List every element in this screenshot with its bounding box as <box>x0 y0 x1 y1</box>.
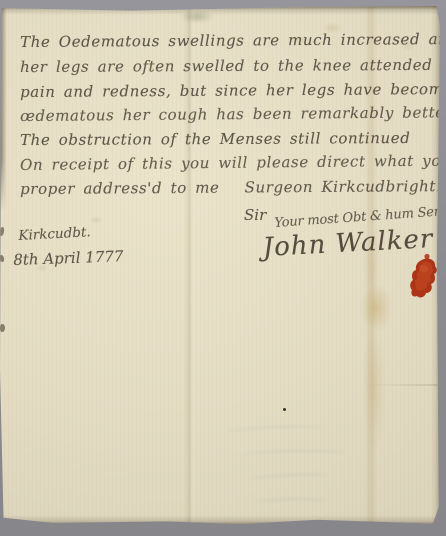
body-line: œdematous her cough has been remarkably … <box>20 103 446 125</box>
ghost-writing <box>256 497 326 507</box>
letter-page: The Oedematous swellings are much increa… <box>0 6 440 525</box>
ghost-writing <box>248 473 332 486</box>
body-line: The obstruction of the Menses still cont… <box>20 129 411 149</box>
closing-salutation: Sir <box>244 206 266 224</box>
body-line: pain and redness, but since her legs hav… <box>20 80 446 101</box>
damp-stain <box>338 236 418 486</box>
ghost-writing <box>238 449 348 461</box>
page-left-edge-shadow <box>0 6 7 211</box>
body-line: The Oedematous swellings are much increa… <box>20 30 446 51</box>
edge-ink-mark <box>0 324 5 332</box>
ink-speck <box>283 408 286 411</box>
wax-seal-icon <box>408 253 439 299</box>
body-line: On receipt of this you will please direc… <box>20 151 446 174</box>
edge-ink-mark <box>0 255 4 262</box>
body-line: proper address'd to me Surgeon Kirkcudbr… <box>20 177 446 198</box>
body-line: her legs are often swelled to the knee a… <box>20 56 446 76</box>
fold-crease-horizontal <box>368 384 440 386</box>
edge-ink-mark <box>0 227 5 237</box>
dateline-place: Kirkcudbt. <box>18 224 91 244</box>
ghost-writing <box>228 424 324 437</box>
dateline-date: 8th April 1777 <box>13 247 124 269</box>
archive-mark-smudge <box>180 10 214 23</box>
scan-background: The Oedematous swellings are much increa… <box>0 0 446 536</box>
